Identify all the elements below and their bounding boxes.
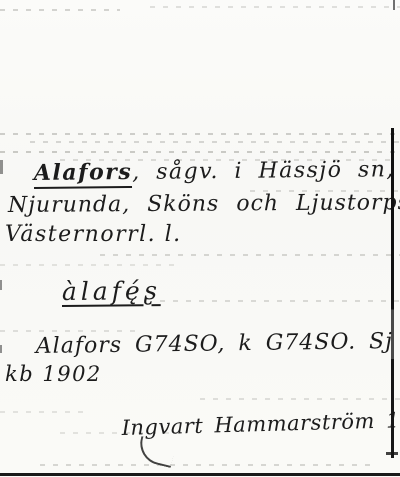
headword: Alafors [34,159,133,189]
ruled-line-artifact [0,9,120,11]
card-bottom-edge-line [0,473,400,476]
margin-tick-artifact [0,280,2,290]
phonetic-transcription: àlafę́ʂ [62,276,161,306]
bottom-right-mark [386,452,398,455]
index-card: Alafors, sågv. i Hässjö sn, Njurunda, Sk… [0,0,400,477]
headword-line: Alafors, sågv. i Hässjö sn, [34,156,395,186]
margin-tick-artifact [0,345,2,353]
ruled-line-artifact [0,330,140,332]
ruled-line-artifact [100,254,400,256]
headword-descriptor: , sågv. i Hässjö sn, [132,157,395,185]
card-right-edge-tick [393,0,395,10]
map-reference-kb: kb 1902 [5,362,102,386]
ruled-line-artifact [160,300,400,302]
ruled-line-artifact [0,411,90,413]
ruled-line-artifact [200,398,400,400]
margin-tick-artifact [0,160,3,174]
county-line: Västernorrl. l. [5,222,182,247]
district-line: Njurunda, Sköns och Ljustorps tg, [8,190,400,218]
map-references-line: Alafors G74SO, k G74SO. Sj 109, [36,328,400,359]
ruled-line-artifact [0,133,400,135]
ruled-line-artifact [0,151,400,153]
signature: Ingvart Hammarström 1931. [121,407,400,440]
ruled-line-artifact [30,141,400,143]
ruled-line-artifact [0,264,180,266]
ruled-line-artifact [40,464,370,466]
card-right-edge-line [391,128,394,458]
ruled-line-artifact [150,6,400,8]
